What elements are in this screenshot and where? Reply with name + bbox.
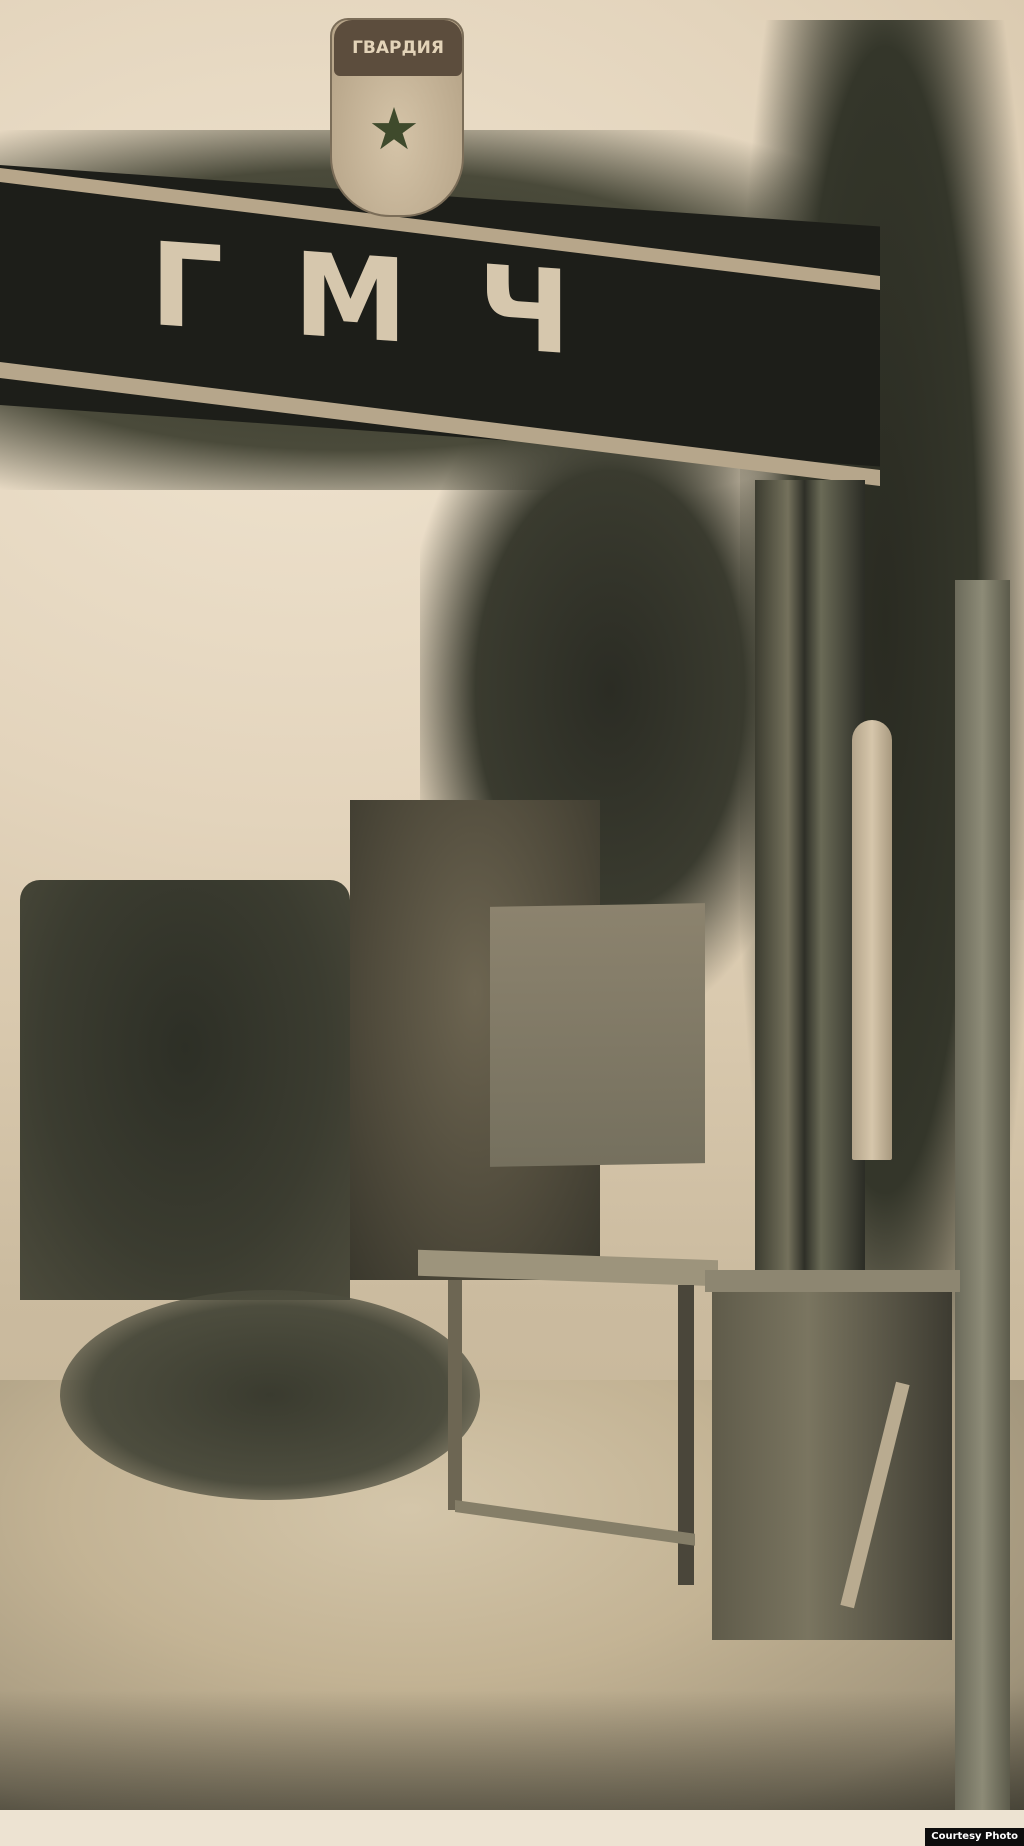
box-lid [705,1270,960,1292]
bench-top [418,1250,718,1286]
canvas-tarp [490,903,705,1167]
tree-trunk [955,580,1010,1810]
star-icon: ★ [368,100,420,158]
historical-photo: ГМЧ ГВАРДИЯ ★ Courtesy Photo [0,0,1024,1846]
bench-leg [448,1280,462,1510]
photo-border [0,1810,1024,1846]
front-bush [60,1290,480,1500]
rocket-shell [852,720,892,1160]
badge-ribbon-text: ГВАРДИЯ [334,20,462,76]
camouflage-hedge [20,880,350,1300]
photo-credit: Courtesy Photo [925,1828,1024,1846]
ground-shadow [0,1690,1024,1810]
wooden-box [712,1270,952,1640]
